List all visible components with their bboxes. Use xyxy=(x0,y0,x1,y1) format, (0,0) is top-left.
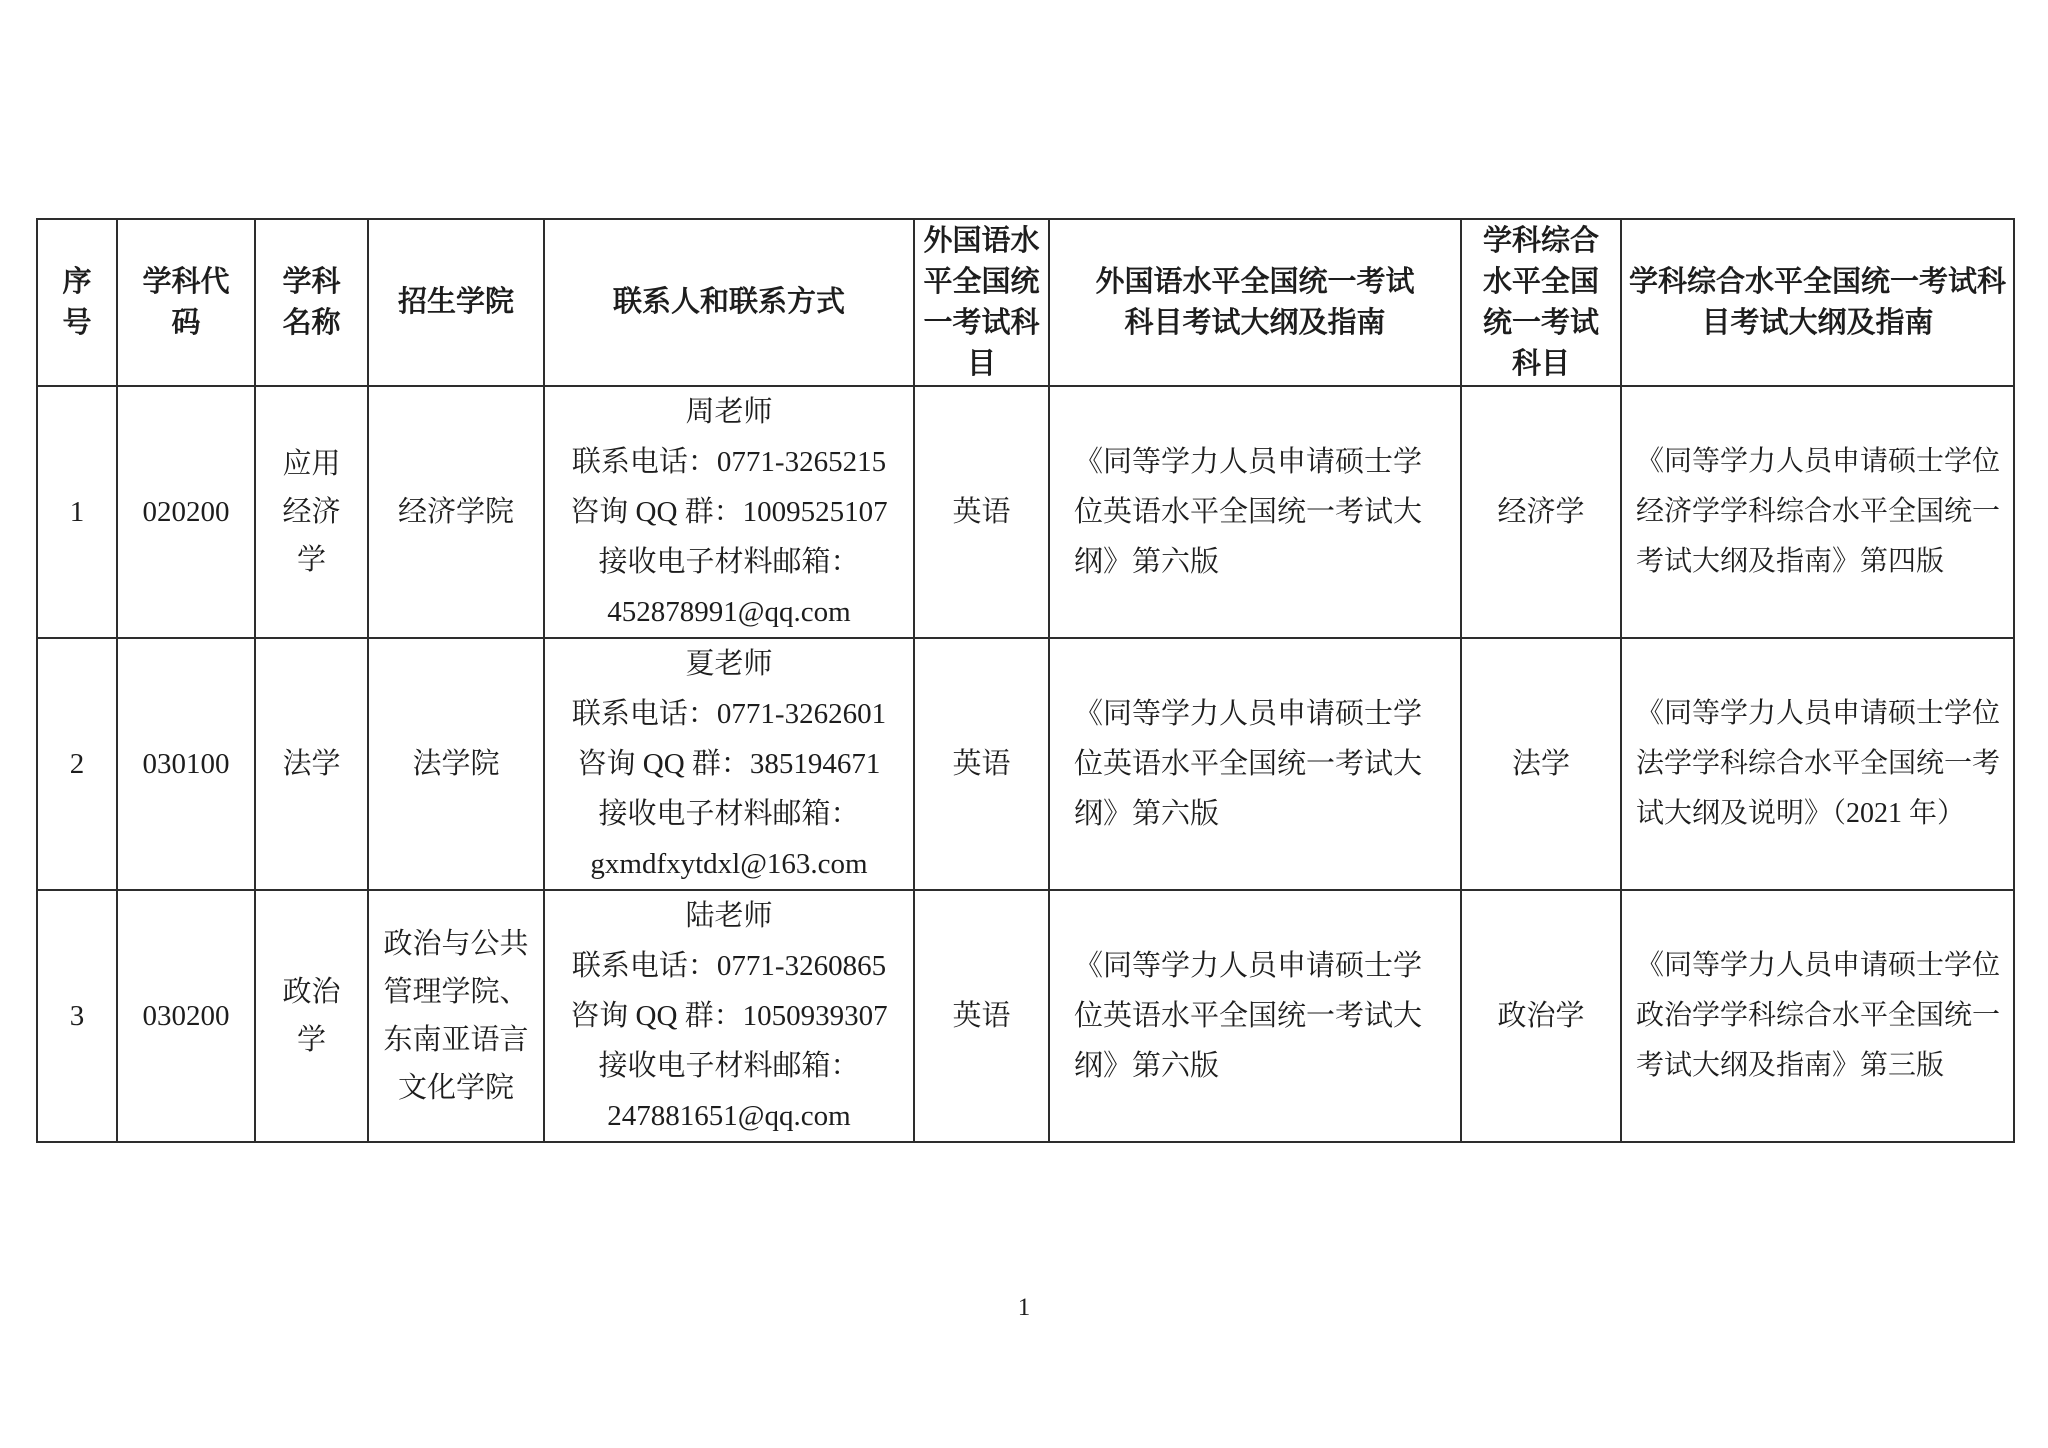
foreign-exam-guide-cell: 《同等学力人员申请硕士学 位英语水平全国统一考试大 纲》第六版 xyxy=(1049,890,1461,1142)
comprehensive-exam-guide-cell: 《同等学力人员申请硕士学位 法学学科综合水平全国统一考 试大纲及说明》（2021… xyxy=(1621,638,2014,890)
header-cell-comprehensive-exam-subject: 学科综合 水平全国 统一考试 科目 xyxy=(1461,219,1621,386)
seq-cell: 2 xyxy=(37,638,117,890)
subject-name-cell: 应用 经济 学 xyxy=(255,386,368,638)
foreign-exam-subject-cell: 英语 xyxy=(914,386,1049,638)
comprehensive-exam-subject-cell: 经济学 xyxy=(1461,386,1621,638)
table-row: 3 030200 政治 学 政治与公共 管理学院、 东南亚语言 文化学院 陆老师… xyxy=(37,890,2014,1142)
table-row: 2 030100 法学 法学院 夏老师 联系电话：0771-3262601 咨询… xyxy=(37,638,2014,890)
subject-code-cell: 020200 xyxy=(117,386,255,638)
header-cell-foreign-exam-subject: 外国语水 平全国统 一考试科 目 xyxy=(914,219,1049,386)
header-cell-foreign-exam-guide: 外国语水平全国统一考试 科目考试大纲及指南 xyxy=(1049,219,1461,386)
comprehensive-exam-guide-cell: 《同等学力人员申请硕士学位 经济学学科综合水平全国统一 考试大纲及指南》第四版 xyxy=(1621,386,2014,638)
comprehensive-exam-subject-cell: 法学 xyxy=(1461,638,1621,890)
header-cell-college: 招生学院 xyxy=(368,219,544,386)
subject-name-cell: 政治 学 xyxy=(255,890,368,1142)
page-number: 1 xyxy=(0,1294,2048,1322)
contact-cell: 周老师 联系电话：0771-3265215 咨询 QQ 群：1009525107… xyxy=(544,386,914,638)
subject-name-cell: 法学 xyxy=(255,638,368,890)
college-cell: 法学院 xyxy=(368,638,544,890)
contact-cell: 夏老师 联系电话：0771-3262601 咨询 QQ 群：385194671 … xyxy=(544,638,914,890)
contact-cell: 陆老师 联系电话：0771-3260865 咨询 QQ 群：1050939307… xyxy=(544,890,914,1142)
header-row: 序 号 学科代 码 学科 名称 招生学院 联系人和联系方式 外国语水 平全国统 … xyxy=(37,219,2014,386)
seq-cell: 3 xyxy=(37,890,117,1142)
foreign-exam-subject-cell: 英语 xyxy=(914,638,1049,890)
college-cell: 政治与公共 管理学院、 东南亚语言 文化学院 xyxy=(368,890,544,1142)
table-row: 1 020200 应用 经济 学 经济学院 周老师 联系电话：0771-3265… xyxy=(37,386,2014,638)
comprehensive-exam-guide-cell: 《同等学力人员申请硕士学位 政治学学科综合水平全国统一 考试大纲及指南》第三版 xyxy=(1621,890,2014,1142)
foreign-exam-subject-cell: 英语 xyxy=(914,890,1049,1142)
header-cell-comprehensive-exam-guide: 学科综合水平全国统一考试科 目考试大纲及指南 xyxy=(1621,219,2014,386)
subject-code-cell: 030200 xyxy=(117,890,255,1142)
document-page: 序 号 学科代 码 学科 名称 招生学院 联系人和联系方式 外国语水 平全国统 … xyxy=(0,0,2048,1448)
header-cell-subject-code: 学科代 码 xyxy=(117,219,255,386)
seq-cell: 1 xyxy=(37,386,117,638)
foreign-exam-guide-cell: 《同等学力人员申请硕士学 位英语水平全国统一考试大 纲》第六版 xyxy=(1049,386,1461,638)
foreign-exam-guide-cell: 《同等学力人员申请硕士学 位英语水平全国统一考试大 纲》第六版 xyxy=(1049,638,1461,890)
enrollment-exam-table: 序 号 学科代 码 学科 名称 招生学院 联系人和联系方式 外国语水 平全国统 … xyxy=(36,218,2015,1143)
subject-code-cell: 030100 xyxy=(117,638,255,890)
comprehensive-exam-subject-cell: 政治学 xyxy=(1461,890,1621,1142)
header-cell-seq: 序 号 xyxy=(37,219,117,386)
college-cell: 经济学院 xyxy=(368,386,544,638)
header-cell-subject-name: 学科 名称 xyxy=(255,219,368,386)
header-cell-contact: 联系人和联系方式 xyxy=(544,219,914,386)
